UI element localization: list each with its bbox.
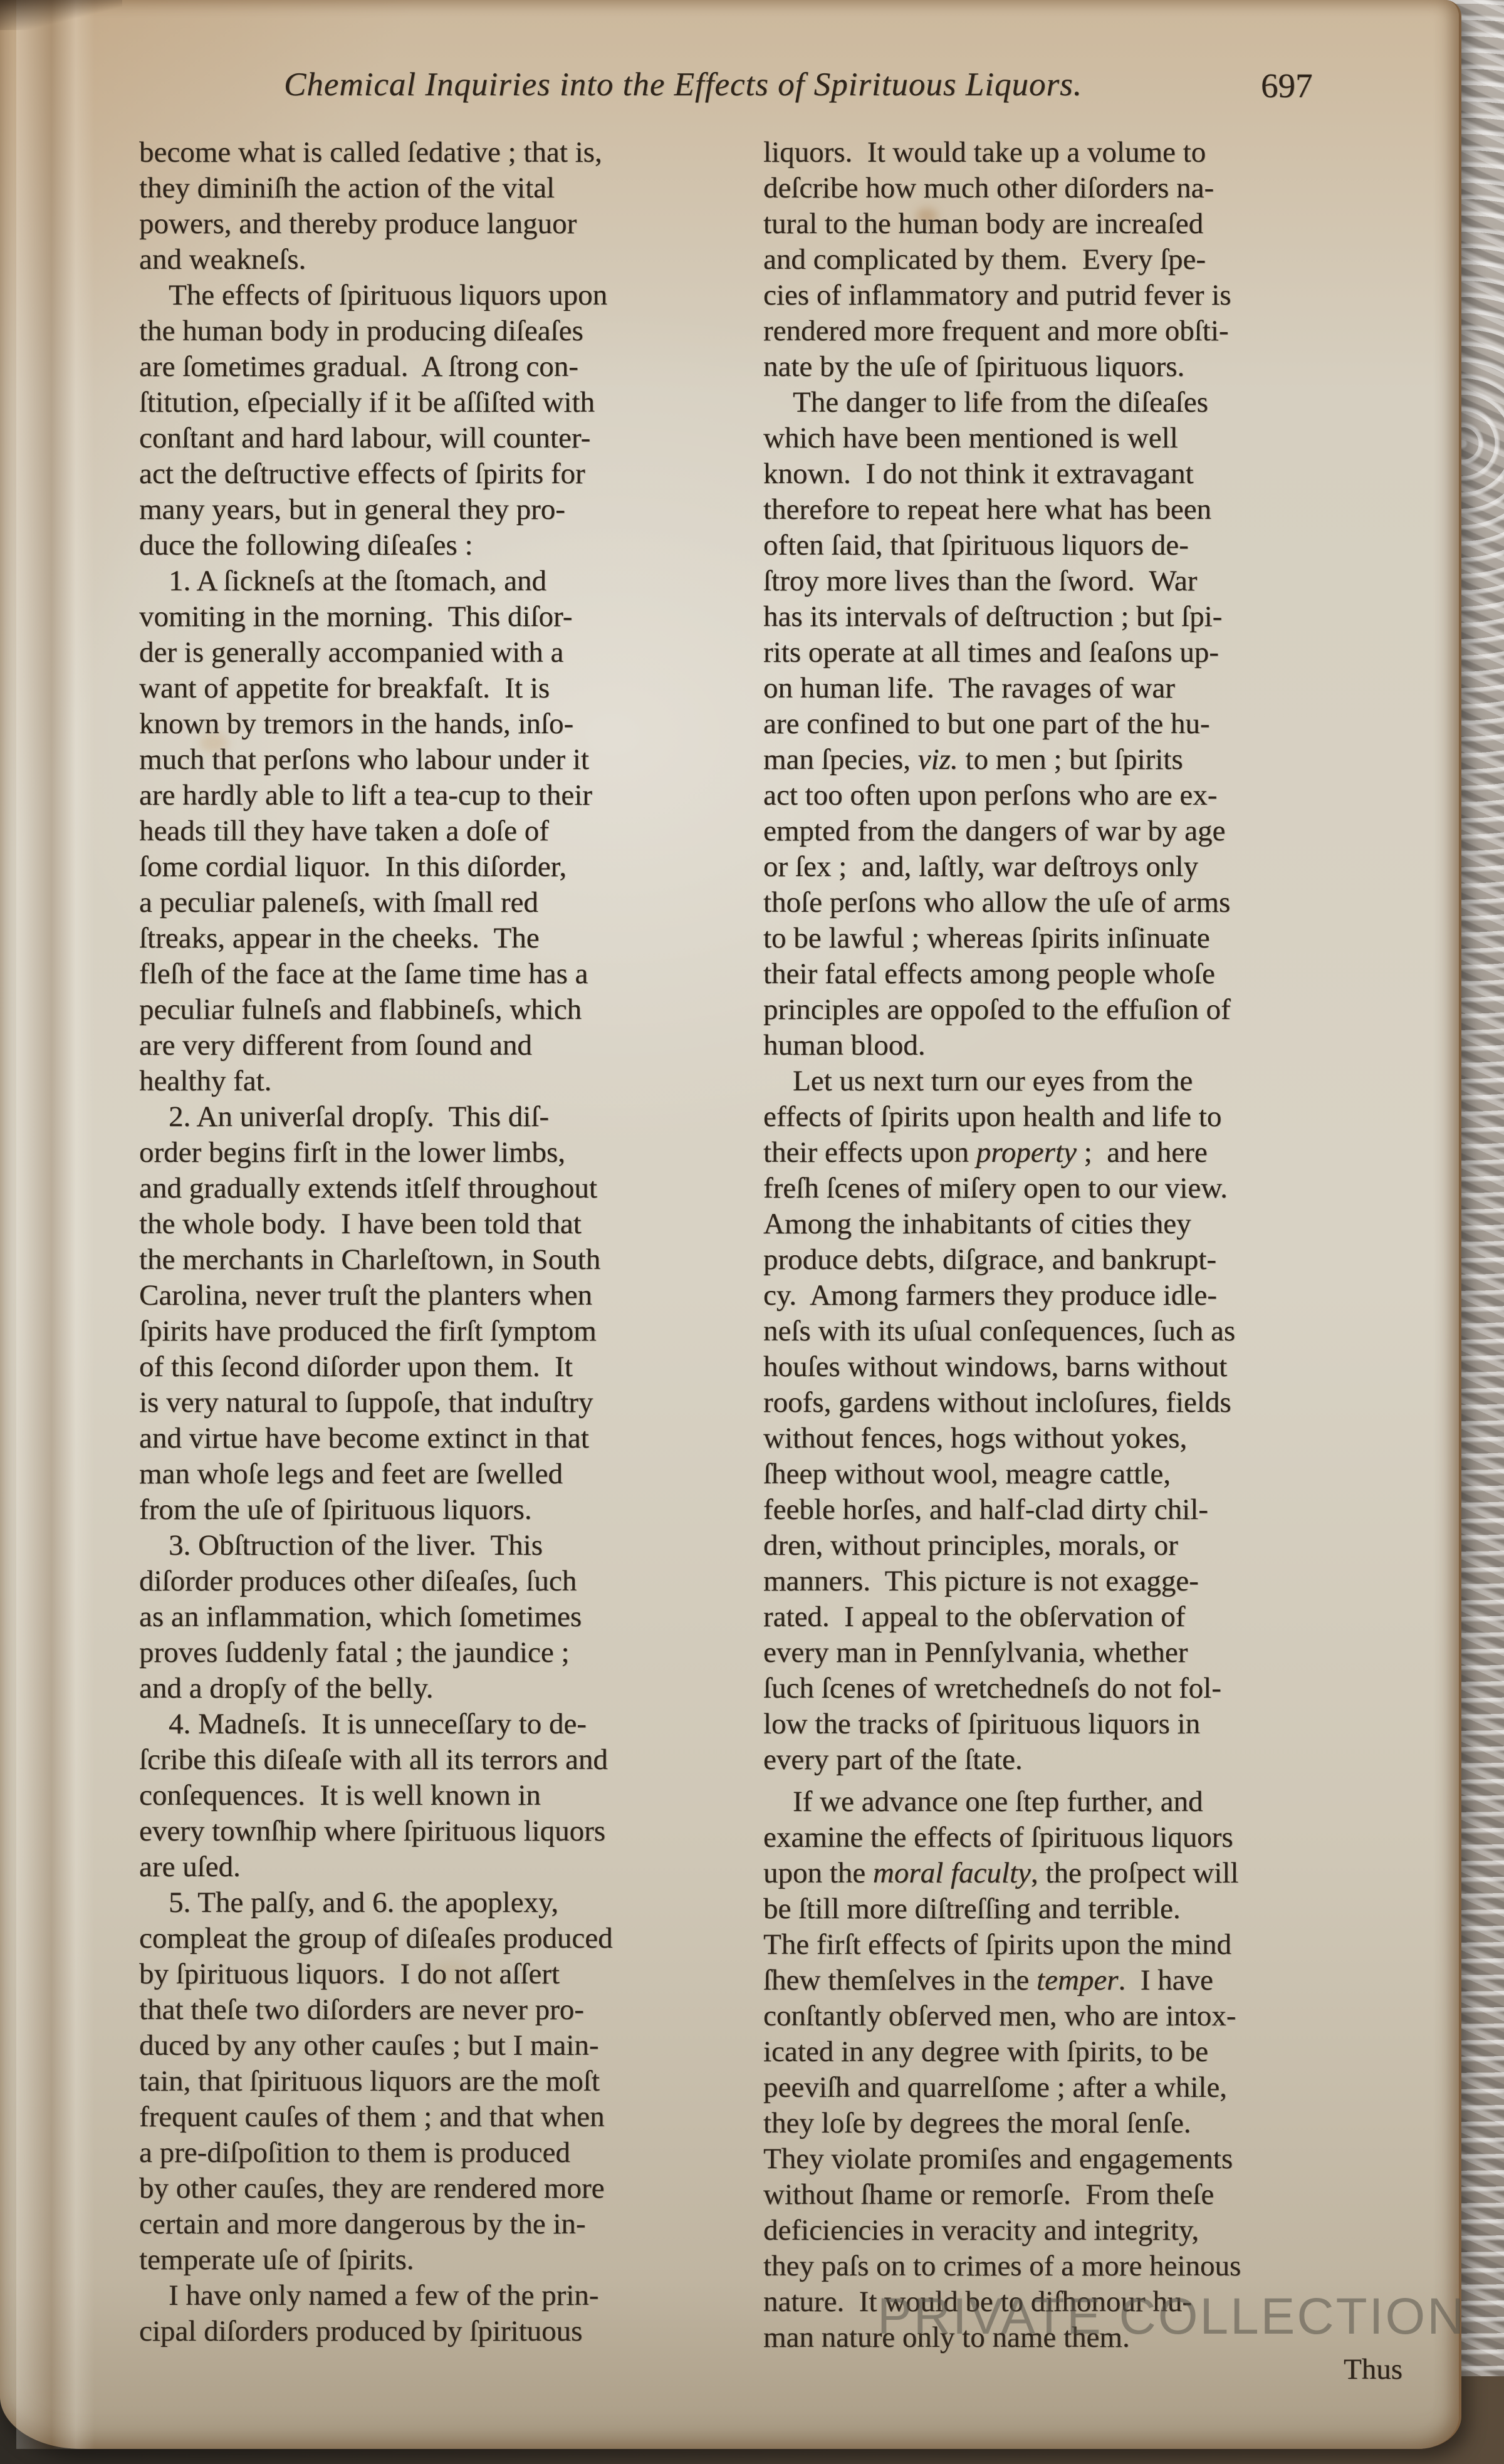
text-line: deficiencies in veracity and integrity, bbox=[763, 2213, 1402, 2248]
text-line: known by tremors in the hands, inſo- bbox=[139, 706, 741, 742]
text-line: from the uſe of ſpirituous liquors. bbox=[139, 1492, 741, 1528]
text-line: are ſometimes gradual. A ſtrong con- bbox=[139, 349, 741, 385]
text-line: the human body in producing diſeaſes bbox=[139, 313, 741, 349]
text-line: houſes without windows, barns without bbox=[763, 1349, 1402, 1385]
text-line: The effects of ſpirituous liquors upon bbox=[139, 278, 741, 313]
text-line: become what is called ſedative ; that is… bbox=[139, 135, 741, 170]
text-line: duce the following diſeaſes : bbox=[139, 528, 741, 563]
text-line: are very different from ſound and bbox=[139, 1028, 741, 1063]
text-line: a pre-diſpoſition to them is produced bbox=[139, 2135, 741, 2171]
text-line: vomiting in the morning. This diſor- bbox=[139, 599, 741, 635]
text-line: without fences, hogs without yokes, bbox=[763, 1421, 1402, 1456]
text-line: ſpirits have produced the firſt ſymptom bbox=[139, 1313, 741, 1349]
running-head-title: Chemical Inquiries into the Effects of S… bbox=[150, 63, 1216, 107]
text-line: The firſt effects of ſpirits upon the mi… bbox=[763, 1927, 1402, 1963]
text-line: are confined to but one part of the hu- bbox=[763, 706, 1402, 742]
text-line: rits operate at all times and ſeaſons up… bbox=[763, 635, 1402, 671]
book-page-photo: Chemical Inquiries into the Effects of S… bbox=[0, 0, 1504, 2464]
text-line: duced by any other cauſes ; but I main- bbox=[139, 2028, 741, 2064]
text-line: rated. I appeal to the obſervation of bbox=[763, 1599, 1402, 1635]
text-line: certain and more dangerous by the in- bbox=[139, 2206, 741, 2242]
text-line: therefore to repeat here what has been bbox=[763, 492, 1402, 528]
text-line: conſtantly obſerved men, who are intox- bbox=[763, 1998, 1402, 2034]
text-line: effects of ſpirits upon health and life … bbox=[763, 1099, 1402, 1135]
text-line: as an inflammation, which ſometimes bbox=[139, 1599, 741, 1635]
text-line: cy. Among farmers they produce idle- bbox=[763, 1278, 1402, 1313]
page-number: 697 bbox=[1261, 64, 1374, 108]
text-line: manners. This picture is not exagge- bbox=[763, 1563, 1402, 1599]
text-line: without ſhame or remorſe. From theſe bbox=[763, 2177, 1402, 2213]
text-line: ſheep without wool, meagre cattle, bbox=[763, 1456, 1402, 1492]
text-column-left: become what is called ſedative ; that is… bbox=[139, 135, 741, 2349]
text-line: act too often upon perſons who are ex- bbox=[763, 778, 1402, 813]
text-line: icated in any degree with ſpirits, to be bbox=[763, 2034, 1402, 2070]
page-fold-crease bbox=[16, 0, 95, 2449]
text-line: ſcribe this diſeaſe with all its terrors… bbox=[139, 1742, 741, 1778]
text-line: conſequences. It is well known in bbox=[139, 1778, 741, 1814]
text-line: a peculiar paleneſs, with ſmall red bbox=[139, 885, 741, 921]
private-collection-watermark: PRIVATE COLLECTION bbox=[877, 2287, 1466, 2346]
text-line: peculiar fulneſs and flabbineſs, which bbox=[139, 992, 741, 1028]
text-line: the whole body. I have been told that bbox=[139, 1206, 741, 1242]
text-line: the merchants in Charleſtown, in South bbox=[139, 1242, 741, 1278]
text-line: thoſe perſons who allow the uſe of arms bbox=[763, 885, 1402, 921]
text-line: proves ſuddenly fatal ; the jaundice ; bbox=[139, 1635, 741, 1671]
text-line: cies of inflammatory and putrid fever is bbox=[763, 278, 1402, 313]
text-line: is very natural to ſuppoſe, that induſtr… bbox=[139, 1385, 741, 1421]
text-line: and virtue have become extinct in that bbox=[139, 1421, 741, 1456]
text-line: man ſpecies, viz. to men ; but ſpirits bbox=[763, 742, 1402, 778]
text-line: they loſe by degrees the moral ſenſe. bbox=[763, 2106, 1402, 2141]
text-line: and weakneſs. bbox=[139, 242, 741, 278]
text-line: of this ſecond diſorder upon them. It bbox=[139, 1349, 741, 1385]
text-line: their fatal effects among people whoſe bbox=[763, 956, 1402, 992]
text-line: known. I do not think it extravagant bbox=[763, 456, 1402, 492]
text-line: heads till they have taken a doſe of bbox=[139, 813, 741, 849]
text-line: empted from the dangers of war by age bbox=[763, 813, 1402, 849]
text-line: has its intervals of deſtruction ; but ſ… bbox=[763, 599, 1402, 635]
text-line: every part of the ſtate. bbox=[763, 1742, 1402, 1778]
text-line: want of appetite for breakfaſt. It is bbox=[139, 671, 741, 706]
text-line: freſh ſcenes of miſery open to our view. bbox=[763, 1171, 1402, 1206]
text-line: principles are oppoſed to the effuſion o… bbox=[763, 992, 1402, 1028]
text-line: dren, without principles, morals, or bbox=[763, 1528, 1402, 1563]
text-line: human blood. bbox=[763, 1028, 1402, 1063]
text-line: to be lawful ; whereas ſpirits inſinuate bbox=[763, 921, 1402, 956]
text-line: 5. The palſy, and 6. the apoplexy, bbox=[139, 1885, 741, 1921]
text-line: The danger to life from the diſeaſes bbox=[763, 385, 1402, 420]
text-line: nate by the uſe of ſpirituous liquors. bbox=[763, 349, 1402, 385]
text-line: produce debts, diſgrace, and bankrupt- bbox=[763, 1242, 1402, 1278]
text-line: 1. A ſickneſs at the ſtomach, and bbox=[139, 563, 741, 599]
text-line: ſuch ſcenes of wretchedneſs do not fol- bbox=[763, 1671, 1402, 1706]
text-line: powers, and thereby produce languor bbox=[139, 206, 741, 242]
text-line: man whoſe legs and feet are ſwelled bbox=[139, 1456, 741, 1492]
catchword: Thus bbox=[763, 2352, 1402, 2388]
text-line: examine the effects of ſpirituous liquor… bbox=[763, 1820, 1402, 1856]
text-line: tain, that ſpirituous liquors are the mo… bbox=[139, 2064, 741, 2099]
catchword-row: Thus bbox=[763, 2351, 1402, 2388]
corner-shadow bbox=[0, 0, 122, 30]
text-line: by other cauſes, they are rendered more bbox=[139, 2171, 741, 2206]
text-line: which have been mentioned is well bbox=[763, 420, 1402, 456]
text-line: feeble horſes, and half-clad dirty chil- bbox=[763, 1492, 1402, 1528]
text-line: are uſed. bbox=[139, 1849, 741, 1885]
text-line: ſtreaks, appear in the cheeks. The bbox=[139, 921, 741, 956]
text-line: tural to the human body are increaſed bbox=[763, 206, 1402, 242]
text-line: 4. Madneſs. It is unneceſſary to de- bbox=[139, 1706, 741, 1742]
text-column-right: liquors. It would take up a volume todeſ… bbox=[763, 135, 1402, 2356]
text-line: ſome cordial liquor. In this diſorder, bbox=[139, 849, 741, 885]
text-line: Among the inhabitants of cities they bbox=[763, 1206, 1402, 1242]
text-line: many years, but in general they pro- bbox=[139, 492, 741, 528]
text-line: Carolina, never truſt the planters when bbox=[139, 1278, 741, 1313]
text-line: cipal diſorders produced by ſpirituous bbox=[139, 2314, 741, 2349]
text-line: roofs, gardens without incloſures, field… bbox=[763, 1385, 1402, 1421]
text-line: 3. Obſtruction of the liver. This bbox=[139, 1528, 741, 1563]
text-line: I have only named a few of the prin- bbox=[139, 2278, 741, 2314]
text-line: every townſhip where ſpirituous liquors bbox=[139, 1814, 741, 1849]
text-line: and complicated by them. Every ſpe- bbox=[763, 242, 1402, 278]
text-line: fleſh of the face at the ſame time has a bbox=[139, 956, 741, 992]
text-line: and a dropſy of the belly. bbox=[139, 1671, 741, 1706]
text-line: Let us next turn our eyes from the bbox=[763, 1063, 1402, 1099]
text-line: every man in Pennſylvania, whether bbox=[763, 1635, 1402, 1671]
text-line: order begins firſt in the lower limbs, bbox=[139, 1135, 741, 1171]
text-line: rendered more frequent and more obſti- bbox=[763, 313, 1402, 349]
text-line: ſtitution, eſpecially if it be aſſiſted … bbox=[139, 385, 741, 420]
text-line: or ſex ; and, laſtly, war deſtroys only bbox=[763, 849, 1402, 885]
text-line: 2. An univerſal dropſy. This diſ- bbox=[139, 1099, 741, 1135]
text-line: they paſs on to crimes of a more heinous bbox=[763, 2248, 1402, 2284]
text-line: der is generally accompanied with a bbox=[139, 635, 741, 671]
text-line: by ſpirituous liquors. I do not aſſert bbox=[139, 1956, 741, 1992]
text-line: and gradually extends itſelf throughout bbox=[139, 1171, 741, 1206]
text-line: deſcribe how much other diſorders na- bbox=[763, 170, 1402, 206]
text-line: neſs with its uſual conſequences, ſuch a… bbox=[763, 1313, 1402, 1349]
text-line: peeviſh and quarrelſome ; after a while, bbox=[763, 2070, 1402, 2106]
text-line: liquors. It would take up a volume to bbox=[763, 135, 1402, 170]
text-line: They violate promiſes and engagements bbox=[763, 2141, 1402, 2177]
text-line: that theſe two diſorders are never pro- bbox=[139, 1992, 741, 2028]
text-line: diſorder produces other diſeaſes, ſuch bbox=[139, 1563, 741, 1599]
text-line: they diminiſh the action of the vital bbox=[139, 170, 741, 206]
text-line: temperate uſe of ſpirits. bbox=[139, 2242, 741, 2278]
text-line: upon the moral faculty, the proſpect wil… bbox=[763, 1856, 1402, 1891]
text-line: If we advance one ſtep further, and bbox=[763, 1784, 1402, 1820]
text-line: frequent cauſes of them ; and that when bbox=[139, 2099, 741, 2135]
text-line: compleat the group of diſeaſes produced bbox=[139, 1921, 741, 1956]
text-line: on human life. The ravages of war bbox=[763, 671, 1402, 706]
text-line: healthy fat. bbox=[139, 1063, 741, 1099]
text-line: low the tracks of ſpirituous liquors in bbox=[763, 1706, 1402, 1742]
book-page: Chemical Inquiries into the Effects of S… bbox=[0, 0, 1461, 2449]
text-line: often ſaid, that ſpirituous liquors de- bbox=[763, 528, 1402, 563]
text-line: act the deſtructive effects of ſpirits f… bbox=[139, 456, 741, 492]
text-line: much that perſons who labour under it bbox=[139, 742, 741, 778]
text-line: be ſtill more diſtreſſing and terrible. bbox=[763, 1891, 1402, 1927]
text-line: their effects upon property ; and here bbox=[763, 1135, 1402, 1171]
text-line: conſtant and hard labour, will counter- bbox=[139, 420, 741, 456]
text-line: are hardly able to lift a tea-cup to the… bbox=[139, 778, 741, 813]
text-line: ſhew themſelves in the temper. I have bbox=[763, 1963, 1402, 1998]
text-line: ſtroy more lives than the ſword. War bbox=[763, 563, 1402, 599]
